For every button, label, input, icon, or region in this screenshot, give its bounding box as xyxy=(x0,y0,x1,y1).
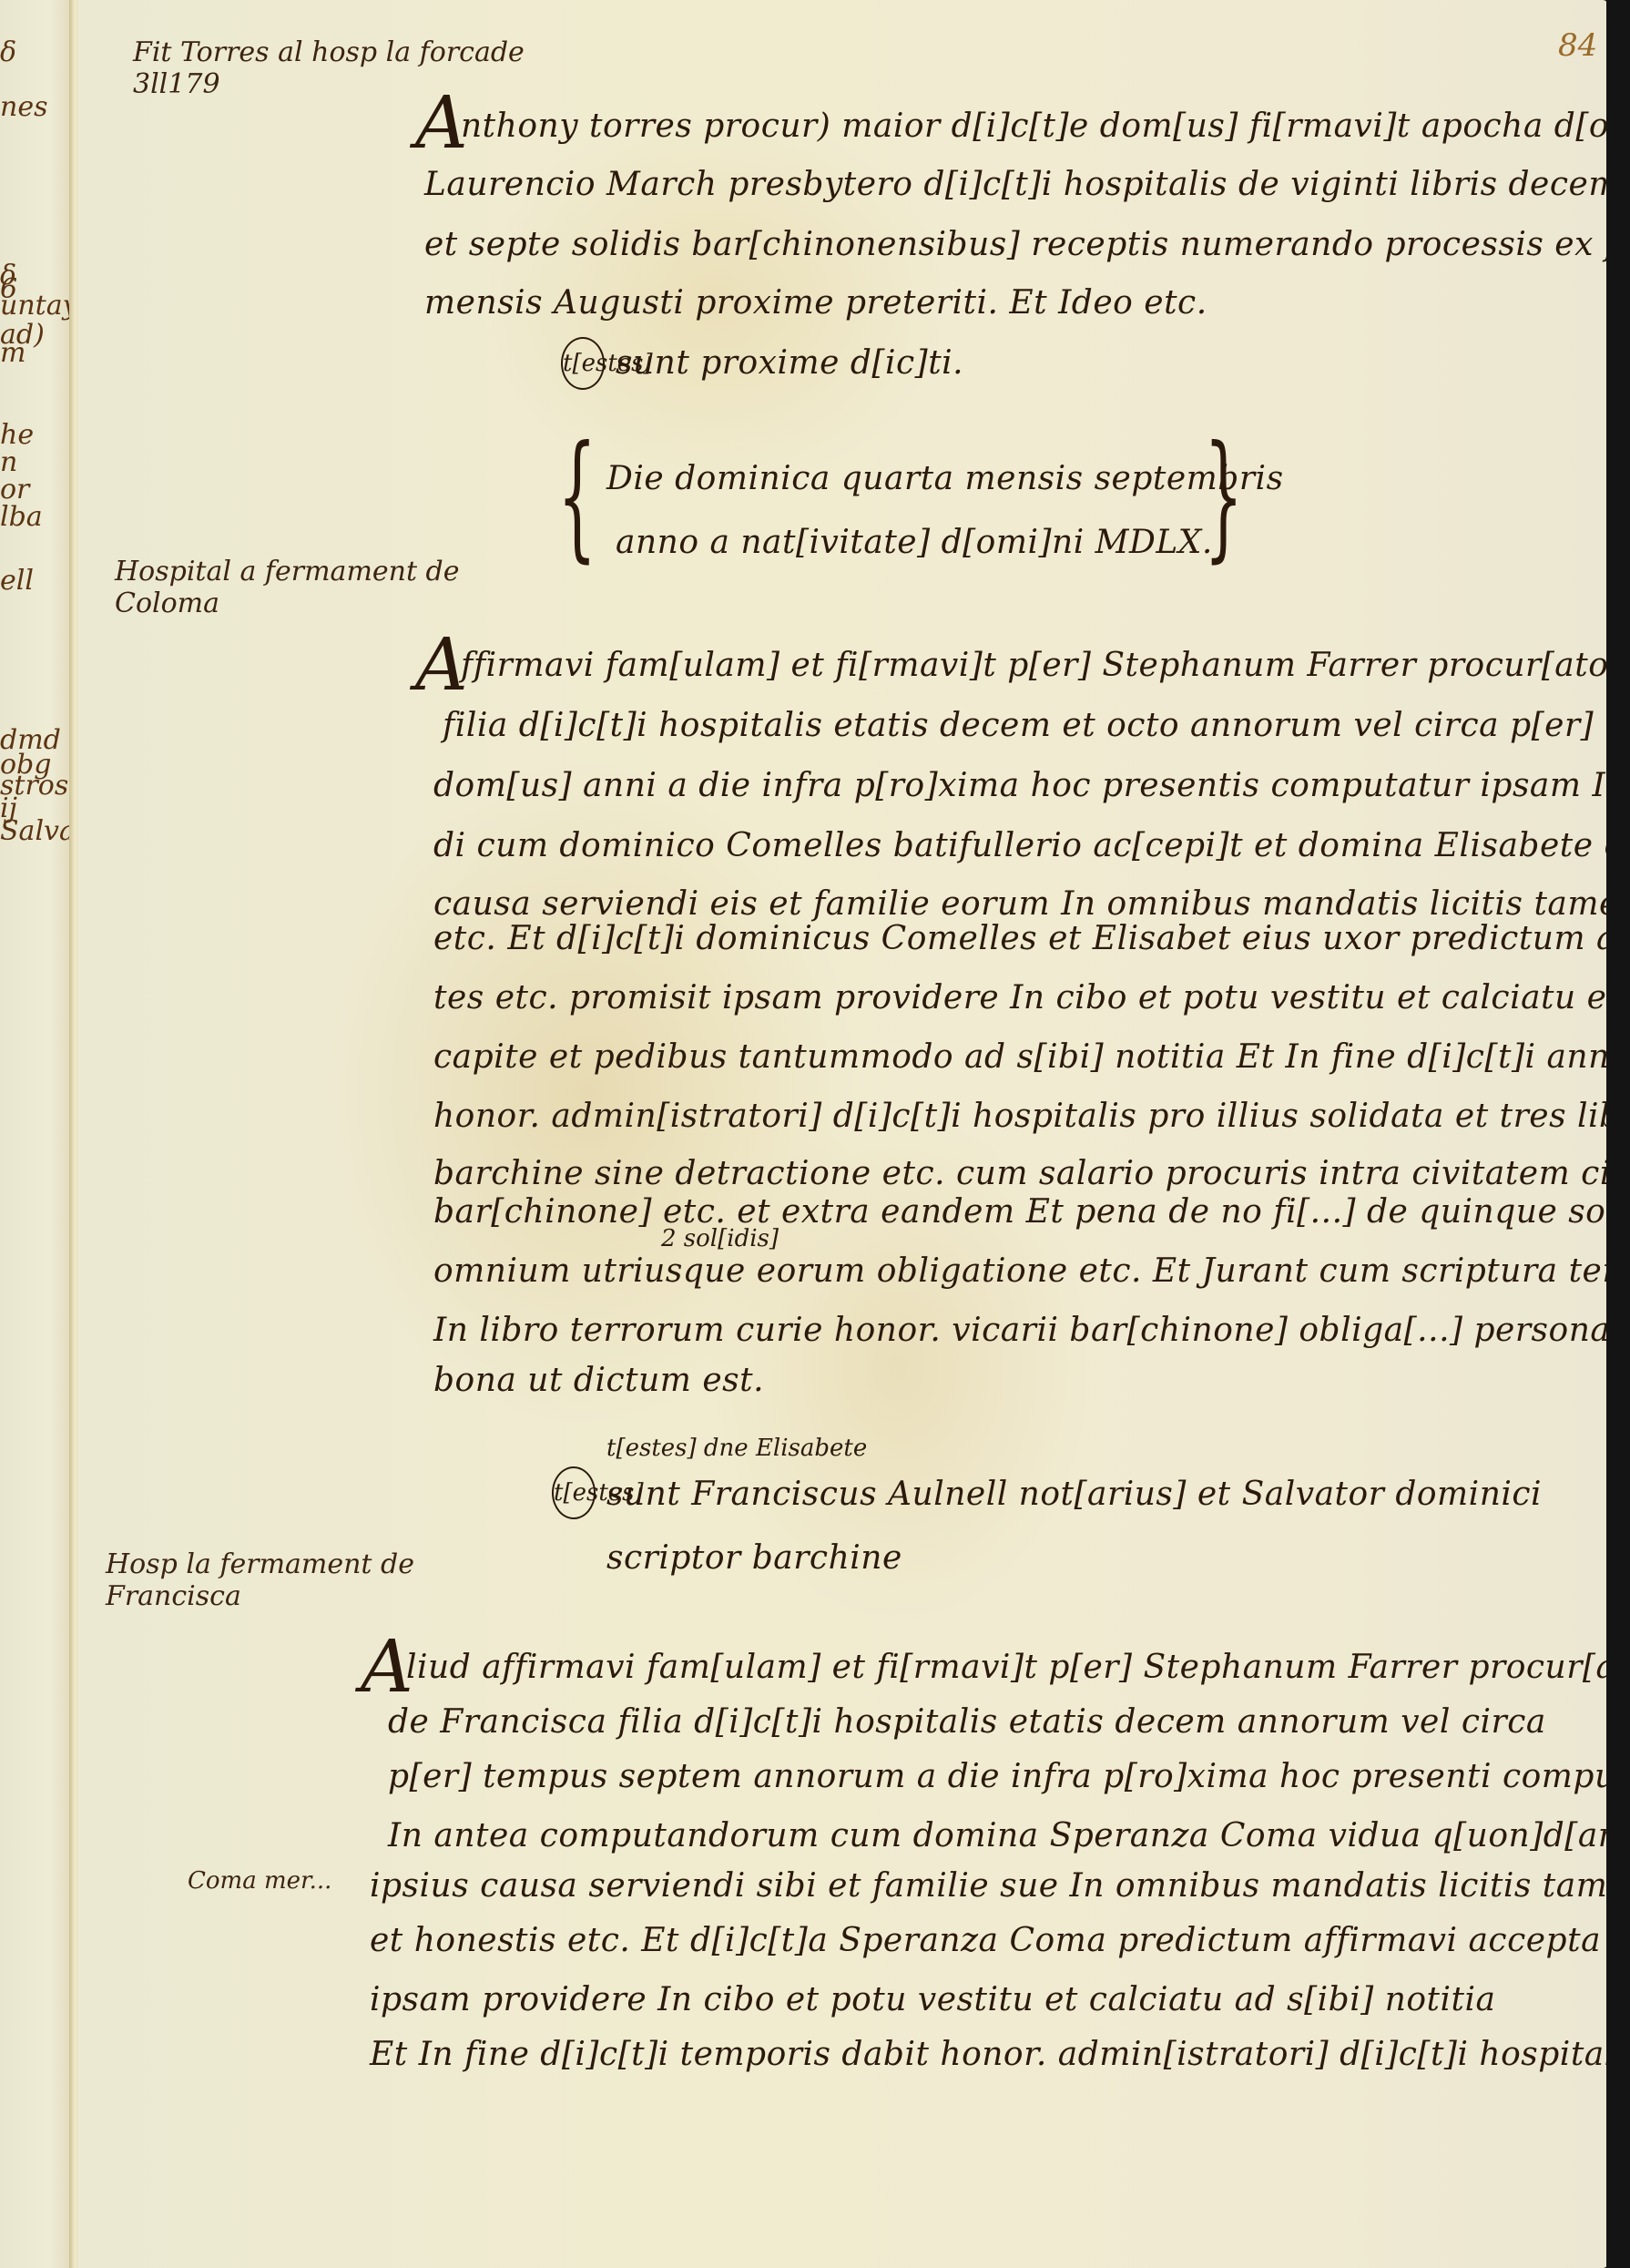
text-line: di cum dominico Comelles batifullerio ac… xyxy=(433,827,1630,864)
margin-insert: Coma mer... xyxy=(188,1867,331,1895)
text-line: et septe solidis bar[chinonensibus] rece… xyxy=(424,226,1630,263)
margin-note-line: Hospital a fermament de xyxy=(115,556,460,587)
witness-above: t[estes] dne Elisabete xyxy=(606,1435,867,1462)
facing-fragment: Salvator xyxy=(0,815,71,847)
text-line: etc. Et d[i]c[t]i dominicus Comelles et … xyxy=(433,920,1630,957)
witness-line: scriptor barchine xyxy=(606,1539,902,1577)
text-line: barchine sine detractione etc. cum salar… xyxy=(433,1155,1630,1192)
text-line: causa serviendi eis et familie eorum In … xyxy=(433,885,1630,923)
text-line: Et In fine d[i]c[t]i temporis dabit hono… xyxy=(370,2036,1630,2073)
witness-line: sunt Franciscus Aulnell not[arius] et Sa… xyxy=(606,1476,1542,1513)
margin-note-line: Hosp la fermament de xyxy=(106,1548,414,1580)
text-line: liud affirmavi fam[ulam] et fi[rmavi]t p… xyxy=(406,1649,1630,1686)
text-line: ipsius causa serviendi sibi et familie s… xyxy=(370,1867,1630,1905)
facing-fragment: lba xyxy=(0,501,43,533)
facing-fragment: untaẏ xyxy=(0,290,71,322)
text-line: et honestis etc. Et d[i]c[t]a Speranza C… xyxy=(370,1922,1630,1959)
text-line: ffirmavi fam[ulam] et fi[rmavi]t p[er] S… xyxy=(461,647,1630,684)
manuscript-page: 84 Fit Torres al hosp la forcade 3ll179 … xyxy=(78,0,1608,2268)
text-line: bona ut dictum est. xyxy=(433,1362,764,1399)
text-line: honor. admin[istratori] d[i]c[t]i hospit… xyxy=(433,1098,1630,1135)
left-brace: { xyxy=(557,428,596,565)
margin-note-3: Hosp la fermament de Francisca xyxy=(106,1548,414,1612)
margin-note-line: Coloma xyxy=(115,587,460,619)
text-line: filia d[i]c[t]i hospitalis etatis decem … xyxy=(443,707,1630,744)
facing-fragment: ell xyxy=(0,565,34,597)
text-line: ipsam providere In cibo et potu vestitu … xyxy=(370,1981,1495,2018)
binding-gutter xyxy=(69,0,78,2268)
facing-fragment: m xyxy=(0,337,25,369)
interlinear-insert: 2 sol[idis] xyxy=(661,1225,779,1252)
text-line: dom[us] anni a die infra p[ro]xima hoc p… xyxy=(433,767,1630,804)
date-line: Die dominica quarta mensis septembris xyxy=(606,460,1284,497)
text-line: In libro terrorum curie honor. vicarii b… xyxy=(433,1312,1630,1349)
text-line: Laurencio March presbytero d[i]c[t]i hos… xyxy=(424,166,1620,203)
facing-fragment: nes xyxy=(0,91,47,123)
margin-note-line: Francisca xyxy=(106,1580,414,1612)
text-line: In antea computandorum cum domina Speran… xyxy=(388,1817,1630,1854)
folio-number: 84 xyxy=(1558,27,1597,64)
witness-mark: t[estes] xyxy=(552,1466,596,1519)
text-line: p[er] tempus septem annorum a die infra … xyxy=(388,1758,1630,1795)
text-line: omnium utriusque eorum obligatione etc. … xyxy=(433,1252,1630,1290)
margin-note-line: Fit Torres al hosp la forcade xyxy=(133,36,525,68)
text-line: nthony torres procur) maior d[i]c[t]e do… xyxy=(461,107,1630,145)
witness-line: sunt proxime d[ic]ti. xyxy=(616,344,963,382)
margin-note-2: Hospital a fermament de Coloma xyxy=(115,556,460,619)
text-line: capite et pedibus tantummodo ad s[ibi] n… xyxy=(433,1038,1630,1076)
right-brace: } xyxy=(1204,428,1243,565)
witness-mark: t[estes] xyxy=(561,337,605,390)
date-line: anno a nat[ivitate] d[omi]ni MDLX. xyxy=(616,524,1213,561)
scan-background-edge xyxy=(1606,0,1630,2268)
text-line: de Francisca filia d[i]c[t]i hospitalis … xyxy=(388,1703,1546,1741)
facing-fragment: ẟ xyxy=(0,36,16,68)
facing-page-edge: ẟ nes ẟ 6 untaẏ ad) m he n or lba ell dm… xyxy=(0,0,71,2268)
text-line: tes etc. promisit ipsam providere In cib… xyxy=(433,979,1625,1017)
text-line: mensis Augusti proxime preteriti. Et Ide… xyxy=(424,284,1207,322)
text-line: bar[chinone] etc. et extra eandem Et pen… xyxy=(433,1193,1630,1231)
